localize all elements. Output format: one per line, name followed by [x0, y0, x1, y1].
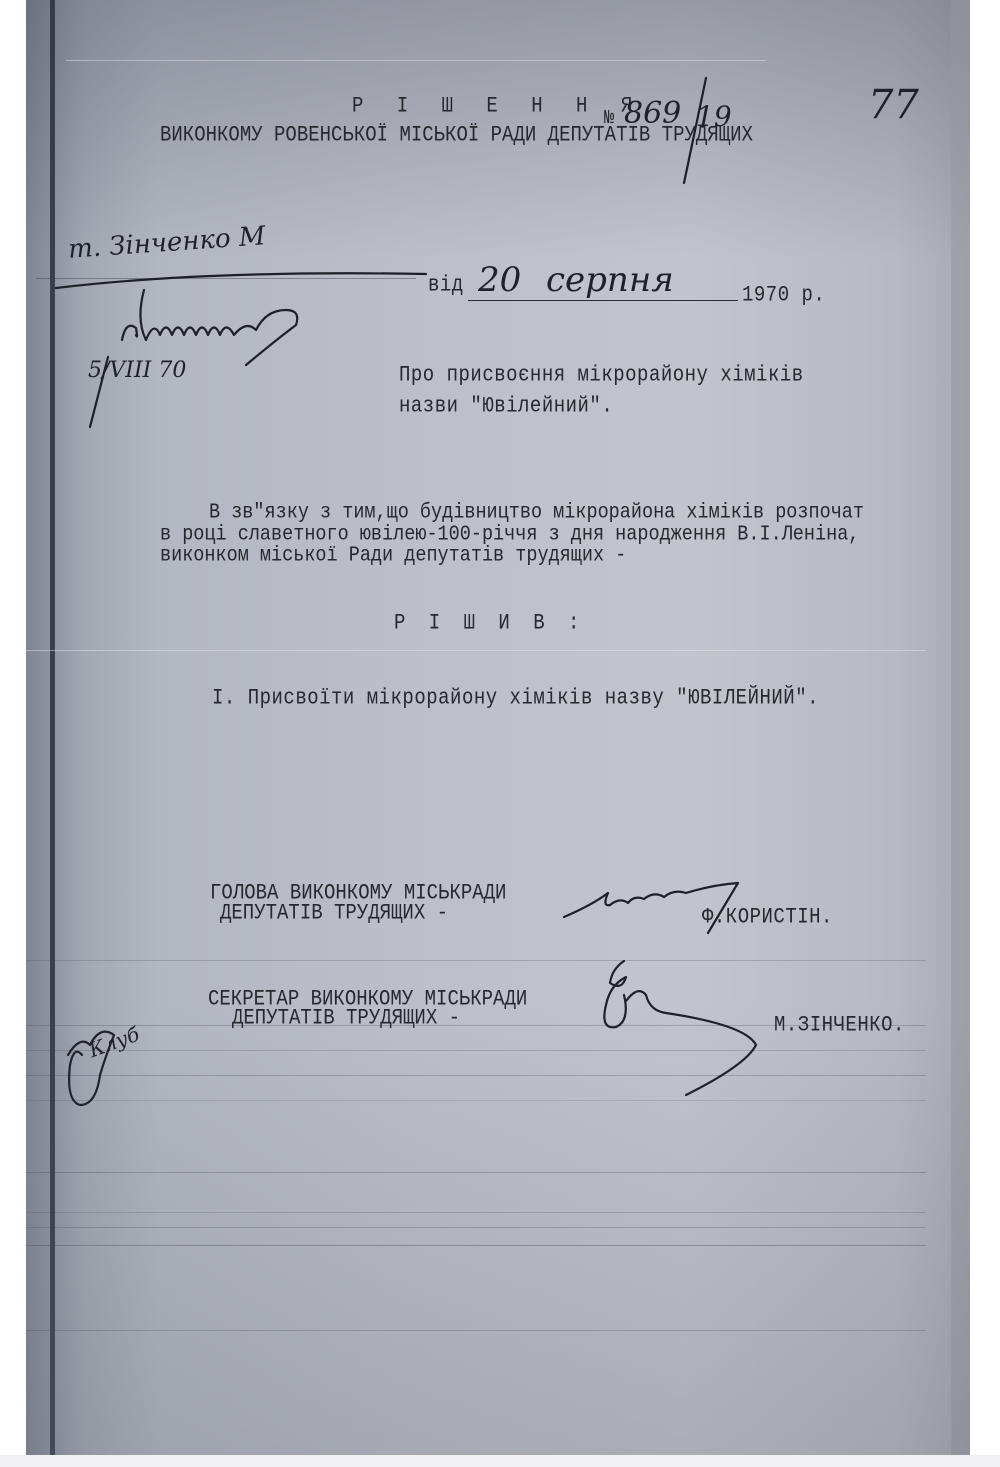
page-mark: 77 [868, 82, 919, 128]
scan-streak [26, 1025, 926, 1026]
scanned-document-page: Р І Ш Е Н Н Я № 869 19 ВИКОНКОМУ РОВЕНСЬ… [26, 0, 970, 1455]
subject-line-1: Про присвоєння мікрорайону хіміків [399, 362, 804, 387]
date-prefix: від [428, 272, 464, 297]
scan-streak [26, 1212, 926, 1213]
resolution-item-1: І. Присвоїти мікрорайону хіміків назву "… [212, 685, 819, 710]
scan-streak [66, 60, 766, 61]
chairman-name: Ф.КОРИСТІН. [702, 904, 833, 929]
subject-line-2: назви "Ювілейний". [399, 393, 613, 418]
secretary-signature [566, 955, 786, 1105]
resolution-heading: Р І Ш И В : [394, 610, 585, 635]
scan-streak [26, 650, 926, 651]
scan-streak [26, 1227, 926, 1228]
scan-streak [26, 1330, 926, 1331]
preamble-line-3: виконком міської Ради депутатів трудящих… [160, 543, 626, 567]
secretary-name: М.ЗІНЧЕНКО. [774, 1012, 905, 1037]
chairman-title-line-2: ДЕПУТАТІВ ТРУДЯЩИХ - [220, 900, 448, 925]
page-edge [951, 0, 970, 1455]
scan-streak [26, 1172, 926, 1173]
bottom-left-mark [60, 1015, 140, 1115]
margin-signature [116, 280, 346, 370]
date-month: серпня [546, 260, 674, 300]
addressee-note: т. Зінченко М [67, 221, 266, 265]
secretary-title-line-2: ДЕПУТАТІВ ТРУДЯЩИХ - [232, 1005, 460, 1030]
scan-streak [26, 1075, 926, 1076]
date-year: 1970 р. [742, 282, 825, 307]
scan-streak [26, 1050, 926, 1051]
scan-streak [26, 960, 926, 961]
viewer-bottom-edge [0, 1455, 1000, 1467]
bottom-left-note: Клуб [85, 1022, 142, 1062]
margin-date-slash [86, 355, 126, 435]
preamble-line-1: В зв"язку з тим,що будівництво мікрорайо… [209, 500, 864, 524]
document-title: Р І Ш Е Н Н Я [352, 93, 643, 118]
scan-streak [26, 1100, 926, 1101]
secretary-title-line-1: СЕКРЕТАР ВИКОНКОМУ МІСЬКРАДИ [208, 986, 527, 1011]
binding-spine [50, 0, 55, 1455]
issuer-title: ВИКОНКОМУ РОВЕНСЬКОЇ МІСЬКОЇ РАДИ ДЕПУТА… [160, 122, 753, 147]
date-underline [468, 300, 738, 301]
scan-streak [26, 1245, 926, 1246]
date-day: 20 [478, 260, 521, 300]
